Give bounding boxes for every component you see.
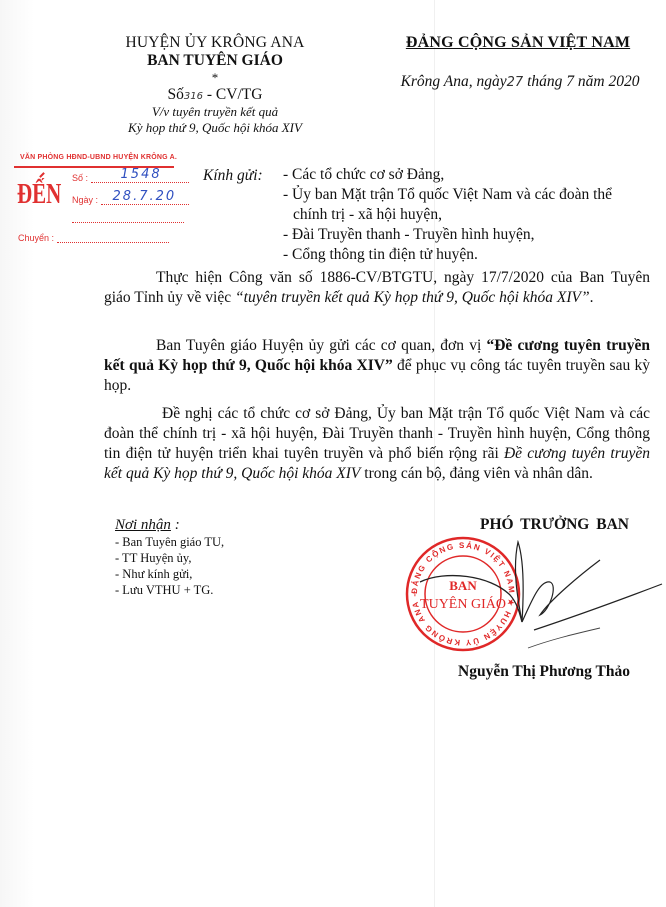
stamp-organization: VĂN PHÒNG HĐND-UBND HUYỆN KRÔNG A.	[20, 154, 177, 161]
stamp-number-value: 1548	[121, 167, 162, 182]
addressee-label: Kính gửi:	[203, 167, 263, 185]
handwritten-signature	[400, 540, 666, 655]
stamp-number-row: Số : 1548	[72, 172, 189, 183]
addressee-list: - Các tổ chức cơ sở Đảng, - Ủy ban Mặt t…	[283, 165, 612, 265]
recipients-title: Nơi nhận :	[115, 517, 224, 534]
handwritten-number: 316	[184, 91, 203, 102]
subject-line-2: Kỳ họp thứ 9, Quốc hội khóa XIV	[90, 120, 340, 136]
document-number: Số316 - CV/TG	[90, 86, 340, 104]
stamp-date-value: 28.7.20	[113, 189, 177, 204]
stamp-date-row: Ngày : 28.7.20	[72, 194, 189, 205]
signer-position: PHÓ TRƯỞNG BAN	[480, 516, 629, 534]
place-date: Krông Ana, ngày27 tháng 7 năm 2020	[380, 73, 660, 91]
recipient-item: - Ban Tuyên giáo TU,	[115, 534, 224, 550]
received-stamp: VĂN PHÒNG HĐND-UBND HUYỆN KRÔNG A. ĐẾN S…	[12, 152, 174, 244]
addressee-item: - Ủy ban Mặt trận Tổ quốc Việt Nam và cá…	[283, 185, 612, 205]
addressee-item: - Đài Truyền thanh - Truyền hình huyện,	[283, 225, 612, 245]
subject-line-1: V/v tuyên truyền kết quả	[90, 104, 340, 120]
recipient-item: - Lưu VTHU + TG.	[115, 582, 224, 598]
org-name: BAN TUYÊN GIÁO	[90, 52, 340, 70]
stamp-den-label: ĐẾN	[17, 179, 61, 211]
paragraph-1: Thực hiện Công văn số 1886-CV/BTGTU, ngà…	[104, 268, 650, 308]
recipient-item: - Như kính gửi,	[115, 566, 224, 582]
signer-name: Nguyễn Thị Phương Thảo	[458, 663, 630, 681]
addressee-item: - Cổng thông tin điện tử huyện.	[283, 245, 612, 265]
party-title: ĐẢNG CỘNG SẢN VIỆT NAM	[378, 34, 658, 52]
recipients-block: Nơi nhận : - Ban Tuyên giáo TU, - TT Huy…	[115, 517, 224, 598]
accent-mark	[39, 172, 45, 178]
handwritten-day: 27	[507, 75, 524, 90]
paragraph-3: Đề nghị các tổ chức cơ sở Đảng, Ủy ban M…	[104, 404, 650, 484]
stamp-blank-row	[72, 212, 184, 223]
recipient-item: - TT Huyện ủy,	[115, 550, 224, 566]
header-left: HUYỆN ỦY KRÔNG ANA BAN TUYÊN GIÁO * Số31…	[90, 34, 340, 136]
paragraph-2: Ban Tuyên giáo Huyện ủy gửi các cơ quan,…	[104, 336, 650, 396]
stamp-forward-row: Chuyển :	[18, 232, 169, 243]
scan-edge-shadow	[0, 0, 34, 907]
addressee-item: - Các tổ chức cơ sở Đảng,	[283, 165, 612, 185]
addressee-item: chính trị - xã hội huyện,	[283, 205, 612, 225]
org-parent: HUYỆN ỦY KRÔNG ANA	[90, 34, 340, 52]
separator-asterisk: *	[90, 70, 340, 86]
